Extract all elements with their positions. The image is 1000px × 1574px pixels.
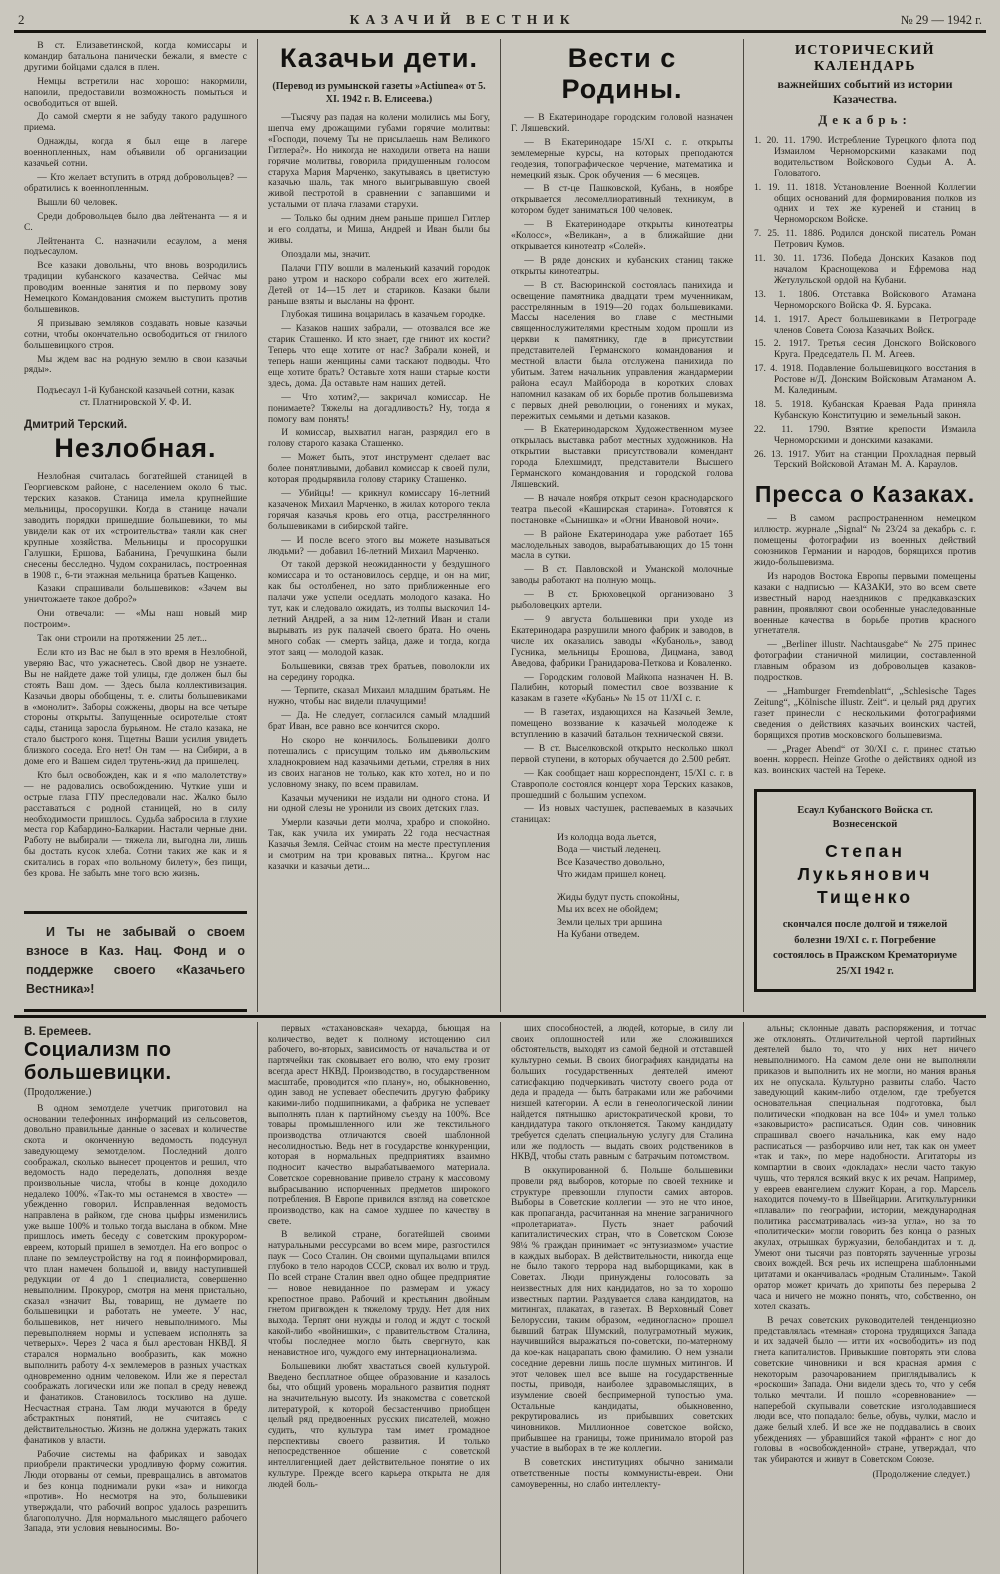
paragraph: В речах советских руководителей тенденци…	[754, 1316, 976, 1466]
paragraph: Я призываю земляков создавать новые каза…	[24, 319, 247, 352]
paragraph: — Терпите, сказал Михаил младшим братьям…	[268, 686, 490, 708]
paragraph: Но скоро не кончилось. Большевики долго …	[268, 736, 490, 791]
news-item: — В ряде донских и кубанских станиц такж…	[511, 256, 733, 278]
press-article: — В самом распространенном немецком иллю…	[754, 514, 976, 777]
continuation-note: (Продолжение следует.)	[754, 1469, 976, 1480]
paragraph: Кто был освобожден, как и я «по малолетс…	[24, 771, 247, 880]
paragraph: — Только бы одним днем раньше пришел Гит…	[268, 214, 490, 247]
paragraph: Среди добровольцев было два лейтенанта —…	[24, 212, 247, 234]
paragraph: Казаки спрашивали большевиков: «Зачем вы…	[24, 584, 247, 606]
paragraph: И комиссар, выхватил наган, разрядил его…	[268, 428, 490, 450]
nezlobnaya-article: Незлобная считалась богатейшей станицей …	[24, 472, 247, 883]
verse-line: Все Казачество довольно,	[557, 857, 733, 869]
paragraph: — „Hamburger Fremdenblatt“, „Schlesische…	[754, 687, 976, 742]
column-1: В ст. Елизаветинской, когда комиссары и …	[14, 39, 257, 1012]
obituary-name: Степан Лукьянович Тищенко	[767, 840, 963, 909]
news-item: — В ст-це Пашковской, Кубань, в ноябре о…	[511, 184, 733, 217]
obituary-text: скончался после долгой и тяжелой болезни…	[771, 917, 959, 979]
article-byline: Дмитрий Терский.	[24, 419, 247, 431]
paragraph: В ст. Елизаветинской, когда комиссары и …	[24, 41, 247, 74]
paragraph: Большевики, связав трех братьев, поволок…	[268, 662, 490, 684]
calendar-month: Декабрь:	[754, 112, 976, 128]
paragraph: До самой смерти я не забуду такого радуш…	[24, 112, 247, 134]
bottom-article-byline: В. Еремеев.	[24, 1026, 247, 1038]
paragraph: —Тысячу раз падая на колени молились мы …	[268, 113, 490, 211]
page-number: 2	[18, 12, 25, 28]
paragraph: ших способностей, а людей, которые, в си…	[511, 1024, 733, 1163]
news-items: — В Екатеринодаре городским головой назн…	[511, 113, 733, 826]
paragraph: — Убийцы! — крикнул комиссару 16-летний …	[268, 489, 490, 533]
calendar-entry: 13. 1. 1806. Отставка Войскового Атамана…	[754, 290, 976, 312]
paragraph: — Кто желает вступить в отряд добровольц…	[24, 173, 247, 195]
newspaper-title: КАЗАЧИЙ ВЕСТНИК	[350, 12, 576, 28]
paragraph: — Казаков наших забрали, — отозвался все…	[268, 324, 490, 389]
calendar-entry: 7. 25. 11. 1886. Родился донской писател…	[754, 229, 976, 251]
paragraph: Мы ждем вас на родную землю в свои казач…	[24, 355, 247, 377]
letter-signature: Подъесаул 1-й Кубанской казачьей сотни, …	[32, 385, 239, 409]
article-title-nezlobnaya: Незлобная.	[24, 433, 247, 464]
column-4: ИСТОРИЧЕСКИЙ КАЛЕНДАРЬ важнейших событий…	[743, 39, 986, 1012]
calendar-entry: 11. 30. 11. 1736. Победа Донских Казаков…	[754, 254, 976, 287]
masthead: 2 КАЗАЧИЙ ВЕСТНИК № 29 — 1942 г.	[14, 6, 986, 28]
verse-line: Мы их всех не обойдем;	[557, 904, 733, 916]
socialism-article-col1: В одном земотделе учетчик приготовил на …	[24, 1104, 247, 1535]
paragraph: — Может быть, этот инструмент сделает ва…	[268, 453, 490, 486]
paragraph: В советских институциях обычно занимали …	[511, 1458, 733, 1490]
paragraph: — В самом распространенном немецком иллю…	[754, 514, 976, 569]
newspaper-page: 2 КАЗАЧИЙ ВЕСТНИК № 29 — 1942 г. В ст. Е…	[0, 0, 1000, 1574]
socialism-article-col4: альны; склонные давать распоряжения, и т…	[754, 1024, 976, 1466]
top-section: В ст. Елизаветинской, когда комиссары и …	[14, 39, 986, 1012]
paragraph: Вышли 60 человек.	[24, 198, 247, 209]
calendar-title: ИСТОРИЧЕСКИЙ КАЛЕНДАРЬ	[754, 43, 976, 75]
paragraph: Незлобная считалась богатейшей станицей …	[24, 472, 247, 581]
news-item: — В Екатеринодаре городским головой назн…	[511, 113, 733, 135]
news-item: — Из новых частушек, распеваемых в казач…	[511, 804, 733, 826]
paragraph: В великой стране, богатейшей своими нату…	[268, 1230, 490, 1358]
verse-stanza: Из колодца вода льется,Вода — чистый лед…	[557, 832, 733, 881]
article-title-news-from-homeland: Вести с Родины.	[511, 43, 733, 105]
paragraph: — Что хотим?,— закричал комиссар. Не пон…	[268, 393, 490, 426]
fund-appeal-box: И Ты не забывай о своем взносе в Каз. На…	[24, 911, 247, 1012]
paragraph: альны; склонные давать распоряжения, и т…	[754, 1024, 976, 1313]
issue-number: № 29 — 1942 г.	[901, 13, 982, 28]
section-divider-rule	[14, 1015, 986, 1018]
calendar-subtitle: важнейших событий из истории Казачества.	[764, 77, 966, 106]
paragraph: Казачьи мученики не издали ни одного сто…	[268, 794, 490, 816]
socialism-article-col2: первых «стахановская» чехарда, бьющая на…	[268, 1024, 490, 1490]
article-subtitle: (Перевод из румынской газеты »Actiunea« …	[268, 80, 490, 106]
paragraph: Лейтенанта С. назначили есаулом, а меня …	[24, 237, 247, 259]
paragraph: — „Berliner illustr. Nachtausgabe“ № 275…	[754, 640, 976, 684]
verse-line: Из колодца вода льется,	[557, 832, 733, 844]
masthead-rule	[14, 30, 986, 33]
news-item: — В начале ноября открыт сезон краснодар…	[511, 494, 733, 527]
paragraph: первых «стахановская» чехарда, бьющая на…	[268, 1024, 490, 1227]
news-item: — В ст. Выселковской открыто несколько ш…	[511, 744, 733, 766]
calendar-entry: 22. 11. 1790. Взятие крепости Измаила Че…	[754, 425, 976, 447]
verse-line: Что жидам пришел конец.	[557, 869, 733, 881]
bottom-article-title: Социализм по большевицки.	[24, 1039, 247, 1085]
volunteer-letter-article: В ст. Елизаветинской, когда комиссары и …	[24, 41, 247, 379]
news-item: — Как сообщает наш корреспондент, 15/XI …	[511, 769, 733, 802]
paragraph: В оккупированной б. Польше большевики пр…	[511, 1166, 733, 1455]
news-item: — В Екатеринодаре 15/XI с. г. открыты зе…	[511, 138, 733, 182]
fund-appeal-text: И Ты не забывай о своем взносе в Каз. На…	[26, 923, 245, 999]
verse-stanza: Жиды будут пусть спокойны,Мы их всех не …	[557, 892, 733, 941]
news-item: — В ст. Васюринской состоялась панихида …	[511, 281, 733, 423]
paragraph: Все казаки довольны, что вновь возродили…	[24, 261, 247, 316]
column-2: Казачьи дети. (Перевод из румынской газе…	[257, 39, 500, 1012]
paragraph: Опоздали мы, значит.	[268, 250, 490, 261]
paragraph: Так они строили на протяжении 25 лет...	[24, 634, 247, 645]
bottom-column-1: В. Еремеев. Социализм по большевицки. (П…	[14, 1022, 257, 1574]
calendar-entries: 1. 20. 11. 1790. Истребление Турецкого ф…	[754, 136, 976, 471]
paragraph: От такой дерзкой неожиданности у бездушн…	[268, 560, 490, 658]
bottom-column-4: альны; склонные давать распоряжения, и т…	[743, 1022, 986, 1574]
bottom-section: В. Еремеев. Социализм по большевицки. (П…	[14, 1022, 986, 1574]
news-item: — В районе Екатеринодара уже работает 16…	[511, 530, 733, 563]
article-title-press-about-cossacks: Пресса о Казаках.	[754, 481, 976, 508]
calendar-entry: 18. 5. 1918. Кубанская Краевая Рада прин…	[754, 400, 976, 422]
calendar-entry: 17. 4. 1918. Подавление большевицкого во…	[754, 364, 976, 397]
calendar-entry: 15. 2. 1917. Третья сесия Донского Войск…	[754, 339, 976, 361]
bottom-article-note: (Продолжение.)	[24, 1087, 247, 1098]
paragraph: Рабочие системы на фабриках и заводах пр…	[24, 1450, 247, 1536]
paragraph: Умерли казачьи дети молча, храбро и спок…	[268, 818, 490, 873]
socialism-article-col3: ших способностей, а людей, которые, в си…	[511, 1024, 733, 1490]
paragraph: Большевики любят хвастаться своей культу…	[268, 1362, 490, 1490]
obituary-rank: Есаул Кубанского Войска ст. Вознесенской	[773, 804, 957, 832]
news-item: — В Екатеринодаре открыты кинотеатры «Ко…	[511, 220, 733, 253]
paragraph: В одном земотделе учетчик приготовил на …	[24, 1104, 247, 1447]
paragraph: Однажды, когда я был еще в лагере военно…	[24, 137, 247, 170]
verse-line: Вода — чистый леденец.	[557, 844, 733, 856]
cossack-children-article: —Тысячу раз падая на колени молились мы …	[268, 113, 490, 873]
verse-line: Жиды будут пусть спокойны,	[557, 892, 733, 904]
calendar-entry: 1. 20. 11. 1790. Истребление Турецкого ф…	[754, 136, 976, 180]
calendar-entry: 26. 13. 1917. Убит на станции Прохладная…	[754, 450, 976, 472]
news-item: — В ст. Павловской и Уманской молочные з…	[511, 565, 733, 587]
column-3: Вести с Родины. — В Екатеринодаре городс…	[500, 39, 743, 1012]
paragraph: Палачи ГПУ вошли в маленький казачий гор…	[268, 264, 490, 308]
news-item: — Городским головой Майкопа назначен Н. …	[511, 673, 733, 706]
paragraph: Если кто из Вас не был в это время в Нез…	[24, 648, 247, 768]
paragraph: — И после всего этого вы можете называть…	[268, 536, 490, 558]
bottom-column-3: ших способностей, а людей, которые, в си…	[500, 1022, 743, 1574]
calendar-entry: 1. 19. 11. 1818. Установление Военной Ко…	[754, 183, 976, 227]
article-title-cossack-children: Казачьи дети.	[268, 43, 490, 74]
paragraph: — „Prager Abend“ от 30/XI с. г. принес с…	[754, 745, 976, 778]
paragraph: Они отвечали: — «Мы наш новый мир постро…	[24, 609, 247, 631]
paragraph: — Да. Не следует, согласился самый младш…	[268, 711, 490, 733]
paragraph: Немцы встретили нас хорошо: накормили, н…	[24, 77, 247, 110]
news-item: — 9 августа большевики при уходе из Екат…	[511, 615, 733, 670]
bottom-column-2: первых «стахановская» чехарда, бьющая на…	[257, 1022, 500, 1574]
chastushki-verse: Из колодца вода льется,Вода — чистый лед…	[557, 832, 733, 941]
news-item: — В ст. Брюховецкой организовано 3 рыбол…	[511, 590, 733, 612]
news-item: — В Екатеринодарском Художественном музе…	[511, 425, 733, 490]
verse-line: Земли целых три аршина	[557, 917, 733, 929]
paragraph: Глубокая тишина воцарилась в казачьем го…	[268, 310, 490, 321]
obituary-box: Есаул Кубанского Войска ст. Вознесенской…	[754, 789, 976, 992]
paragraph: Из народов Востока Европы первыми помеще…	[754, 572, 976, 637]
news-item: — В газетах, издающихся на Казачьей Земл…	[511, 708, 733, 741]
calendar-entry: 14. 1. 1917. Арест большевиками в Петрог…	[754, 315, 976, 337]
verse-line: На Кубани отведем.	[557, 929, 733, 941]
